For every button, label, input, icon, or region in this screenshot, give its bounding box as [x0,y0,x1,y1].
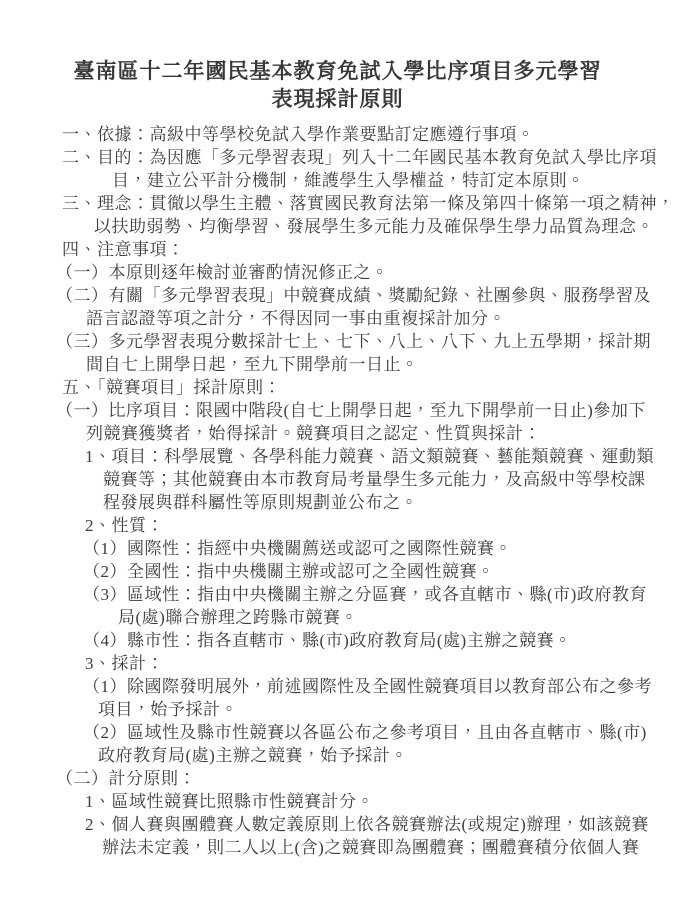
document-line: （3）區域性：指由中央機關主辦之分區賽，或各直轄市、縣(市)政府教育 [0,583,675,606]
document-line: 列競賽獲獎者，始得採計。競賽項目之認定、性質與採計： [0,422,675,445]
document-title-line-2: 表現採計原則 [0,85,675,113]
document-body: 一、依據：高級中等學校免試入學作業要點訂定應遵行事項。二、目的：為因應「多元學習… [0,123,675,859]
document-line: 1、區域性競賽比照縣市性競賽計分。 [0,790,675,813]
document-line: 四、注意事項： [0,238,675,261]
document-title-line-1: 臺南區十二年國民基本教育免試入學比序項目多元學習 [0,57,675,85]
document-line: 間自七上開學日起，至九下開學前一日止。 [0,353,675,376]
document-line: 五、「競賽項目」採計原則： [0,376,675,399]
document-line: （2）區域性及縣市性競賽以各區公布之參考項目，且由各直轄市、縣(市) [0,721,675,744]
document-line: 1、項目：科學展覽、各學科能力競賽、語文類競賽、藝能類競賽、運動類 [0,445,675,468]
document-line: 項目，始予採計。 [0,698,675,721]
document-line: （三）多元學習表現分數採計七上、七下、八上、八下、九上五學期，採計期 [0,330,675,353]
document-line: 競賽等；其他競賽由本市教育局考量學生多元能力，及高級中等學校課 [0,468,675,491]
document-line: 3、採計： [0,652,675,675]
document-line: 程發展與群科屬性等原則規劃並公布之。 [0,491,675,514]
document-line: 政府教育局(處)主辦之競賽，始予採計。 [0,744,675,767]
document-line: （2）全國性：指中央機關主辦或認可之全國性競賽。 [0,560,675,583]
document-line: 以扶助弱勢、均衡學習、發展學生多元能力及確保學生學力品質為理念。 [0,215,675,238]
document-line: 局(處)聯合辦理之跨縣市競賽。 [0,606,675,629]
document-line: 二、目的：為因應「多元學習表現」列入十二年國民基本教育免試入學比序項 [0,146,675,169]
document-line: 語言認證等項之計分，不得因同一事由重複採計加分。 [0,307,675,330]
document-line: （一）比序項目：限國中階段(自七上開學日起，至九下開學前一日止)參加下 [0,399,675,422]
document-line: （1）國際性：指經中央機關薦送或認可之國際性競賽。 [0,537,675,560]
document-line: 一、依據：高級中等學校免試入學作業要點訂定應遵行事項。 [0,123,675,146]
document-title: 臺南區十二年國民基本教育免試入學比序項目多元學習 表現採計原則 [0,0,675,113]
document-line: 2、個人賽與團體賽人數定義原則上依各競賽辦法(或規定)辦理，如該競賽 [0,813,675,836]
document-line: （1）除國際發明展外，前述國際性及全國性競賽項目以教育部公布之參考 [0,675,675,698]
document-line: 2、性質： [0,514,675,537]
document-line: 目，建立公平計分機制，維護學生入學權益，特訂定本原則。 [0,169,675,192]
document-line: （二）有關「多元學習表現」中競賽成績、獎勵紀錄、社團參與、服務學習及 [0,284,675,307]
document-page: 臺南區十二年國民基本教育免試入學比序項目多元學習 表現採計原則 一、依據：高級中… [0,0,675,900]
document-line: 辦法未定義，則二人以上(含)之競賽即為團體賽；團體賽積分依個人賽 [0,836,675,859]
document-line: 三、理念：貫徹以學生主體、落實國民教育法第一條及第四十條第一項之精神， [0,192,675,215]
document-line: （一）本原則逐年檢討並審酌情況修正之。 [0,261,675,284]
document-line: （二）計分原則： [0,767,675,790]
document-line: （4）縣市性：指各直轄市、縣(市)政府教育局(處)主辦之競賽。 [0,629,675,652]
